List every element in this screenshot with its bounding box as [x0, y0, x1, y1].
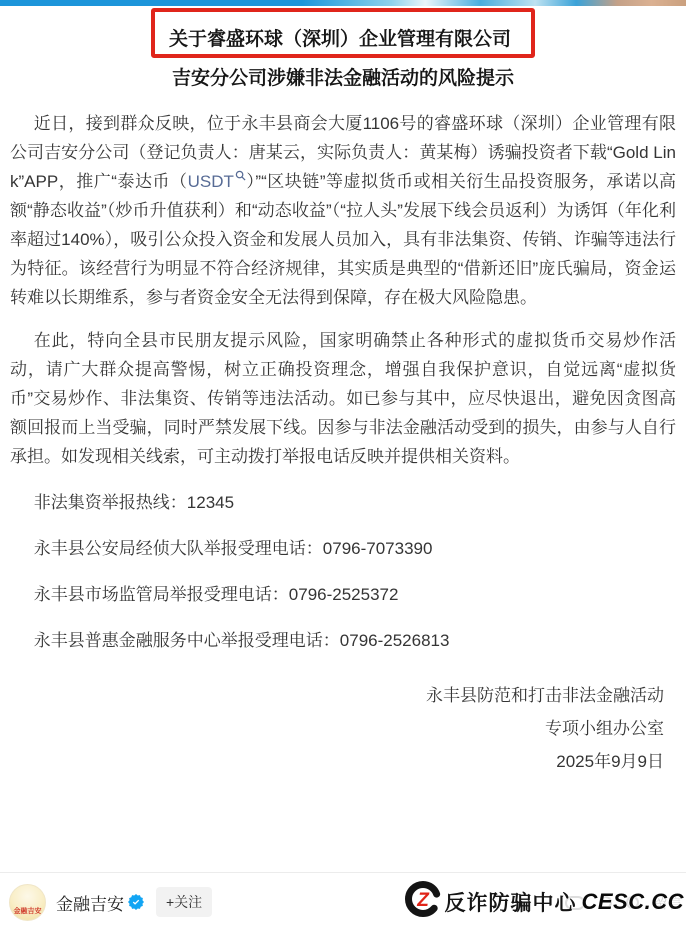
- hotline-illegal-fundraising: 非法集资举报热线：12345: [10, 488, 676, 517]
- paragraph-1-text-after: ）”“区块链”等虚拟货币或相关衍生品投资服务，承诺以高额“静态收益”（炒币升值获…: [10, 172, 676, 307]
- paragraph-1: 近日，接到群众反映，位于永丰县商会大厦1106号的睿盛环球（深圳）企业管理有限公…: [10, 109, 676, 312]
- red-annotation-box: 关于睿盛环球（深圳）企业管理有限公司: [151, 8, 535, 58]
- search-icon[interactable]: [234, 172, 246, 191]
- article-body: 关于睿盛环球（深圳）企业管理有限公司 吉安分公司涉嫌非法金融活动的风险提示 近日…: [0, 8, 686, 778]
- account-footer-bar: 金融吉安 金融吉安 +关注 留言 Z 反诈防骗中心 CESC.CC: [0, 872, 686, 931]
- logo-letter: Z: [417, 890, 431, 911]
- title-row: 关于睿盛环球（深圳）企业管理有限公司: [10, 8, 676, 58]
- hotline-market-regulator: 永丰县市场监管局举报受理电话：0796-2525372: [10, 580, 676, 609]
- account-avatar[interactable]: 金融吉安: [9, 884, 46, 921]
- article-title-line1: 关于睿盛环球（深圳）企业管理有限公司: [169, 28, 511, 52]
- hotline-police: 永丰县公安局经侦大队举报受理电话：0796-7073390: [10, 534, 676, 563]
- signature-org-line2: 专项小组办公室: [10, 712, 664, 745]
- verified-badge-icon: [128, 894, 144, 910]
- follow-button[interactable]: +关注: [156, 887, 212, 917]
- hotline-finance-center: 永丰县普惠金融服务中心举报受理电话：0796-2526813: [10, 626, 676, 655]
- account-name[interactable]: 金融吉安: [56, 890, 124, 915]
- signature-date: 2025年9月9日: [10, 745, 664, 778]
- watermark-site: CESC.CC: [581, 889, 684, 915]
- article-page: 关于睿盛环球（深圳）企业管理有限公司 吉安分公司涉嫌非法金融活动的风险提示 近日…: [0, 0, 686, 931]
- watermark-name: 反诈防骗中心: [444, 887, 576, 917]
- signature-org-line1: 永丰县防范和打击非法金融活动: [10, 679, 664, 712]
- avatar-text: 金融吉安: [10, 908, 45, 915]
- banner-image-strip: [0, 0, 686, 6]
- signature-block: 永丰县防范和打击非法金融活动 专项小组办公室 2025年9月9日: [10, 679, 676, 778]
- article-title-line2: 吉安分公司涉嫌非法金融活动的风险提示: [10, 67, 676, 91]
- anti-fraud-watermark: Z 反诈防骗中心 CESC.CC: [403, 879, 684, 924]
- anti-fraud-logo-icon: Z: [403, 879, 443, 924]
- usdt-search-link[interactable]: USDT: [188, 172, 234, 191]
- paragraph-2: 在此，特向全县市民朋友提示风险，国家明确禁止各种形式的虚拟货币交易炒作活动，请广…: [10, 326, 676, 471]
